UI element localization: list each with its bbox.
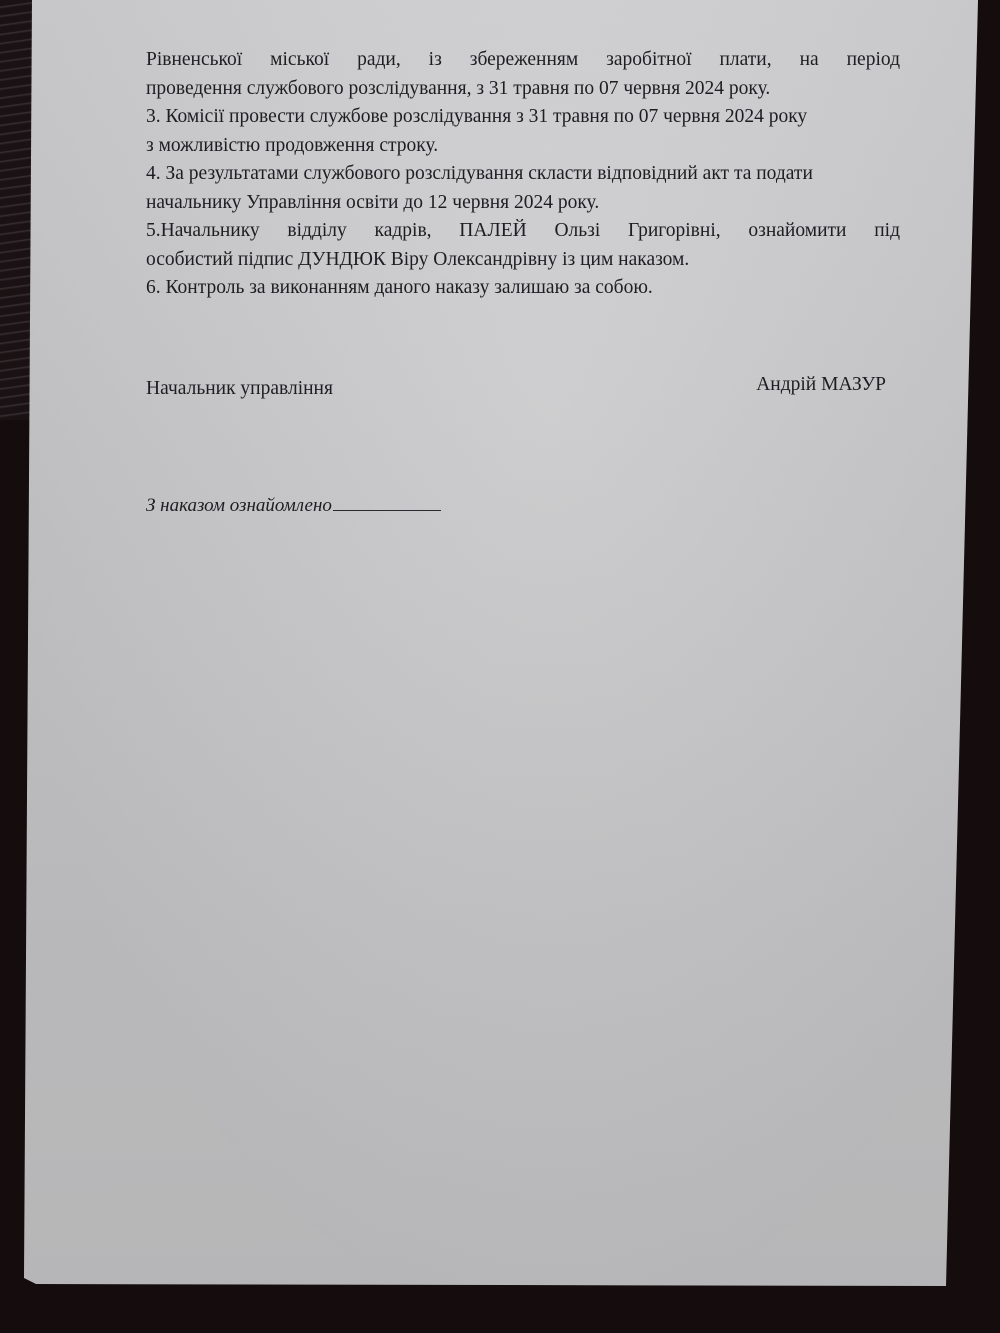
paragraph-item-5: 5.Начальнику відділу кадрів, ПАЛЕЙ Ользі… [146, 217, 900, 274]
paragraph-item-3: 3. Комісії провести службове розслідуван… [146, 103, 900, 160]
text-line: 4. За результатами службового розслідува… [146, 160, 900, 189]
text-line: з можливістю продовження строку. [146, 132, 900, 161]
document-body: Рівненської міської ради, із збереженням… [146, 46, 900, 303]
text-line: 3. Комісії провести службове розслідуван… [146, 103, 900, 132]
paragraph-item-4: 4. За результатами службового розслідува… [146, 160, 900, 217]
text-line: начальнику Управління освіти до 12 червн… [146, 189, 900, 218]
acknowledgement-text: З наказом ознайомлено [146, 495, 332, 516]
signature-block: Начальник управління Андрій МАЗУР [146, 374, 886, 404]
signatory-name: Андрій МАЗУР [756, 374, 886, 396]
text-line: 5.Начальнику відділу кадрів, ПАЛЕЙ Ользі… [146, 217, 900, 246]
paragraph-item-6: 6. Контроль за виконанням даного наказу … [146, 274, 900, 303]
acknowledgement-line: З наказом ознайомлено [146, 492, 441, 517]
paragraph-continuation: Рівненської міської ради, із збереженням… [146, 46, 900, 103]
text-line: проведення службового розслідування, з 3… [146, 75, 900, 104]
signature-blank-field [333, 492, 441, 511]
text-line: 6. Контроль за виконанням даного наказу … [146, 274, 900, 303]
text-line: особистий підпис ДУНДЮК Віру Олександрів… [146, 246, 900, 275]
text-line: Рівненської міської ради, із збереженням… [146, 46, 900, 75]
signatory-title: Начальник управління [146, 378, 333, 400]
